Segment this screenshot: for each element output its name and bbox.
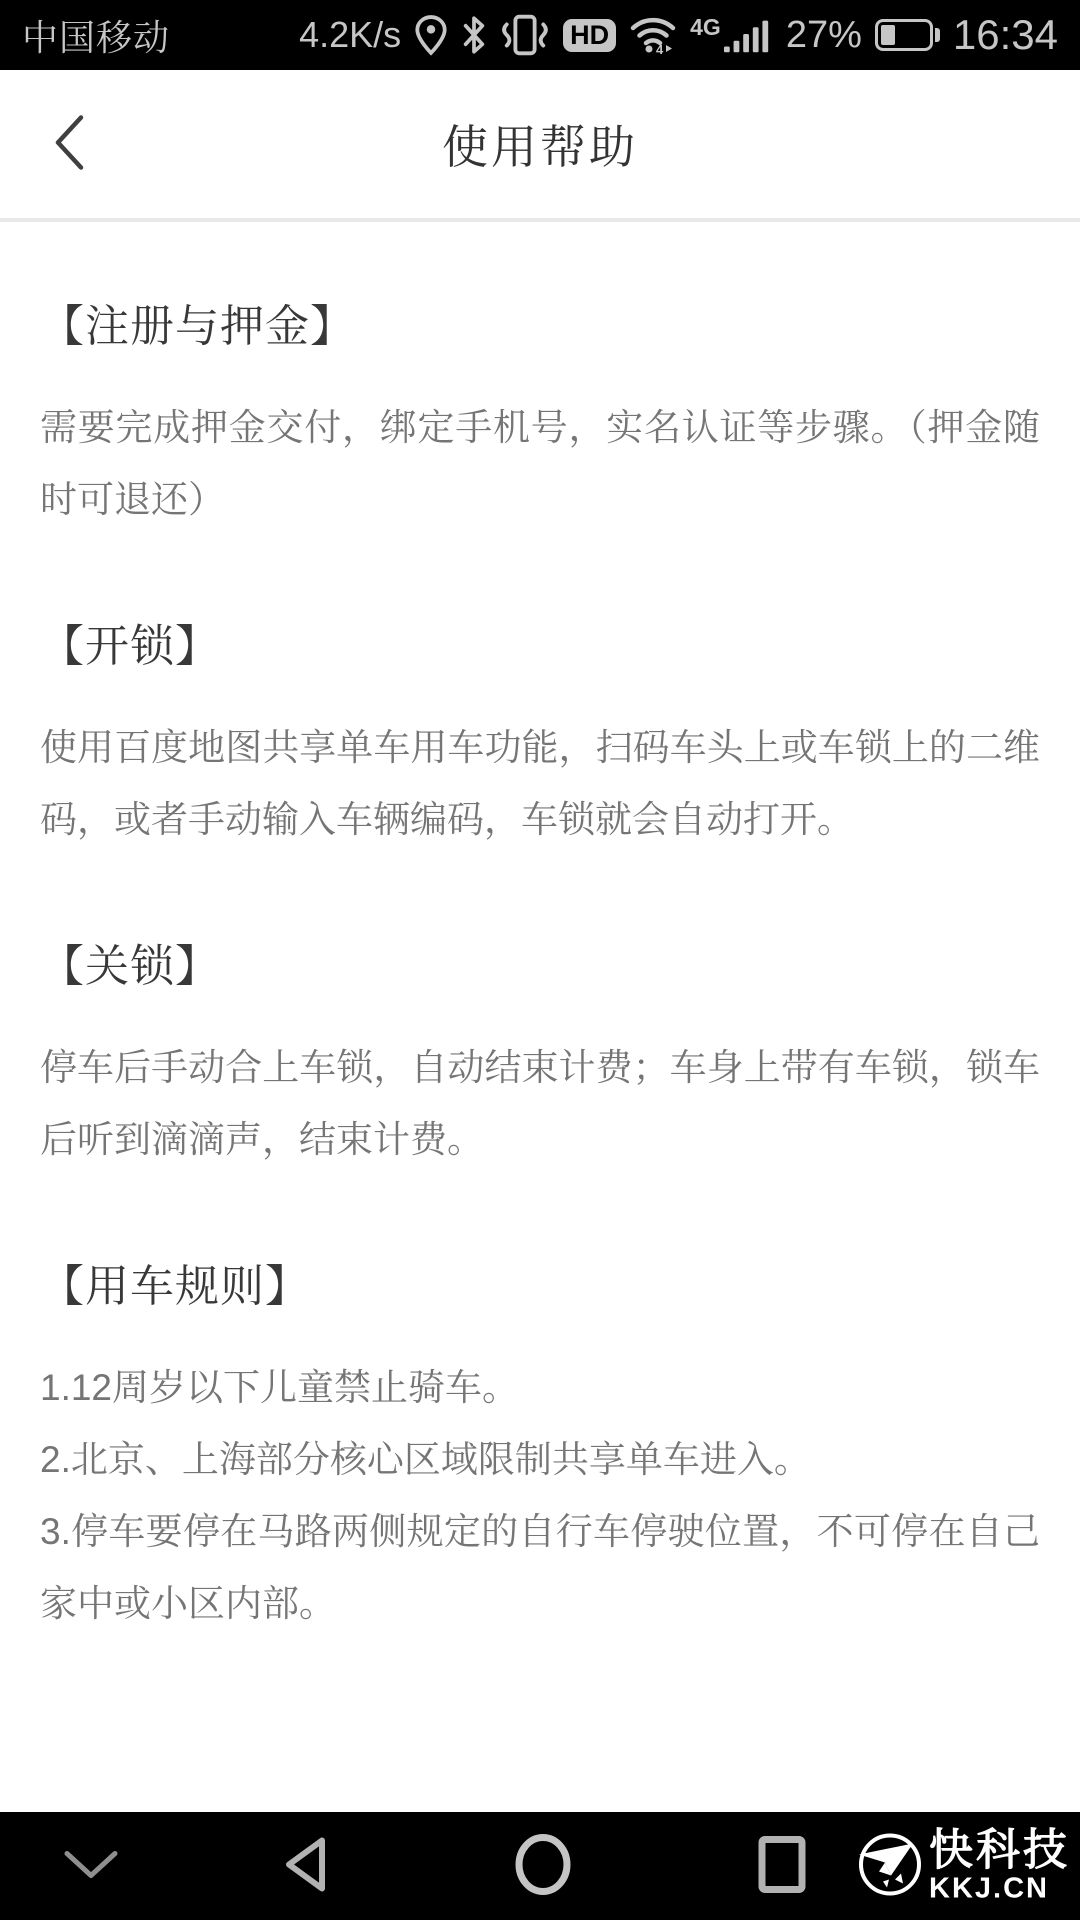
android-back-button[interactable] [280, 1835, 328, 1898]
section-heading: 【开锁】 [40, 620, 1040, 674]
status-bar: 中国移动 4.2K/s HD [0, 0, 1080, 70]
section-lock: 【关锁】 停车后手动合上车锁，自动结束计费；车身上带有车锁，锁车后听到滴滴声，结… [40, 940, 1040, 1176]
watermark-text: 快科技 KKJ.CN [929, 1829, 1070, 1904]
battery-icon [875, 19, 940, 51]
wifi-icon: 4 [629, 14, 677, 56]
android-recents-button[interactable] [756, 1835, 808, 1898]
watermark-domain: KKJ.CN [929, 1875, 1049, 1904]
android-home-button[interactable] [512, 1834, 574, 1899]
recents-square-icon [756, 1835, 808, 1898]
section-heading: 【关锁】 [40, 940, 1040, 994]
rule-item: 1.12周岁以下儿童禁止骑车。 [40, 1352, 1040, 1424]
header: 使用帮助 [0, 70, 1080, 222]
signal-bars-icon: 4G [690, 16, 773, 54]
rule-item: 3.停车要停在马路两侧规定的自行车停驶位置，不可停在自己家中或小区内部。 [40, 1496, 1040, 1640]
battery-percent-label: 27% [786, 14, 862, 57]
section-body: 需要完成押金交付，绑定手机号，实名认证等步骤。（押金随时可退还） [40, 392, 1040, 536]
rules-list: 1.12周岁以下儿童禁止骑车。 2.北京、上海部分核心区域限制共享单车进入。 3… [40, 1352, 1040, 1640]
section-heading: 【用车规则】 [40, 1260, 1040, 1314]
battery-fill [881, 25, 895, 45]
network-type-label: 4G [690, 16, 721, 39]
bluetooth-icon [461, 14, 487, 56]
section-body: 使用百度地图共享单车用车功能，扫码车头上或车锁上的二维码，或者手动输入车辆编码，… [40, 712, 1040, 856]
section-heading: 【注册与押金】 [40, 300, 1040, 354]
kkj-logo-icon [855, 1830, 923, 1903]
home-circle-icon [512, 1834, 574, 1899]
back-triangle-icon [280, 1835, 328, 1898]
hide-navbar-button[interactable] [62, 1849, 120, 1884]
watermark: 快科技 KKJ.CN [855, 1829, 1070, 1904]
status-indicators: 4.2K/s HD [299, 11, 1058, 59]
network-speed-label: 4.2K/s [299, 14, 401, 56]
hd-badge: HD [563, 19, 616, 52]
page-title: 使用帮助 [442, 111, 638, 177]
section-unlock: 【开锁】 使用百度地图共享单车用车功能，扫码车头上或车锁上的二维码，或者手动输入… [40, 620, 1040, 856]
section-rules: 【用车规则】 1.12周岁以下儿童禁止骑车。 2.北京、上海部分核心区域限制共享… [40, 1260, 1040, 1640]
chevron-left-icon [52, 114, 86, 175]
section-body: 停车后手动合上车锁，自动结束计费；车身上带有车锁，锁车后听到滴滴声，结束计费。 [40, 1032, 1040, 1176]
back-button[interactable] [52, 114, 86, 175]
section-register-deposit: 【注册与押金】 需要完成押金交付，绑定手机号，实名认证等步骤。（押金随时可退还） [40, 300, 1040, 536]
chevron-down-icon [62, 1849, 120, 1884]
clock-label: 16:34 [953, 11, 1058, 59]
navigation-bar: 快科技 KKJ.CN [0, 1812, 1080, 1920]
location-icon [414, 14, 448, 56]
help-content: 【注册与押金】 需要完成押金交付，绑定手机号，实名认证等步骤。（押金随时可退还）… [0, 300, 1080, 1640]
rule-item: 2.北京、上海部分核心区域限制共享单车进入。 [40, 1424, 1040, 1496]
vibrate-icon [500, 13, 550, 57]
watermark-title: 快科技 [929, 1829, 1070, 1873]
carrier-label: 中国移动 [22, 10, 170, 61]
svg-text:4: 4 [656, 42, 664, 56]
